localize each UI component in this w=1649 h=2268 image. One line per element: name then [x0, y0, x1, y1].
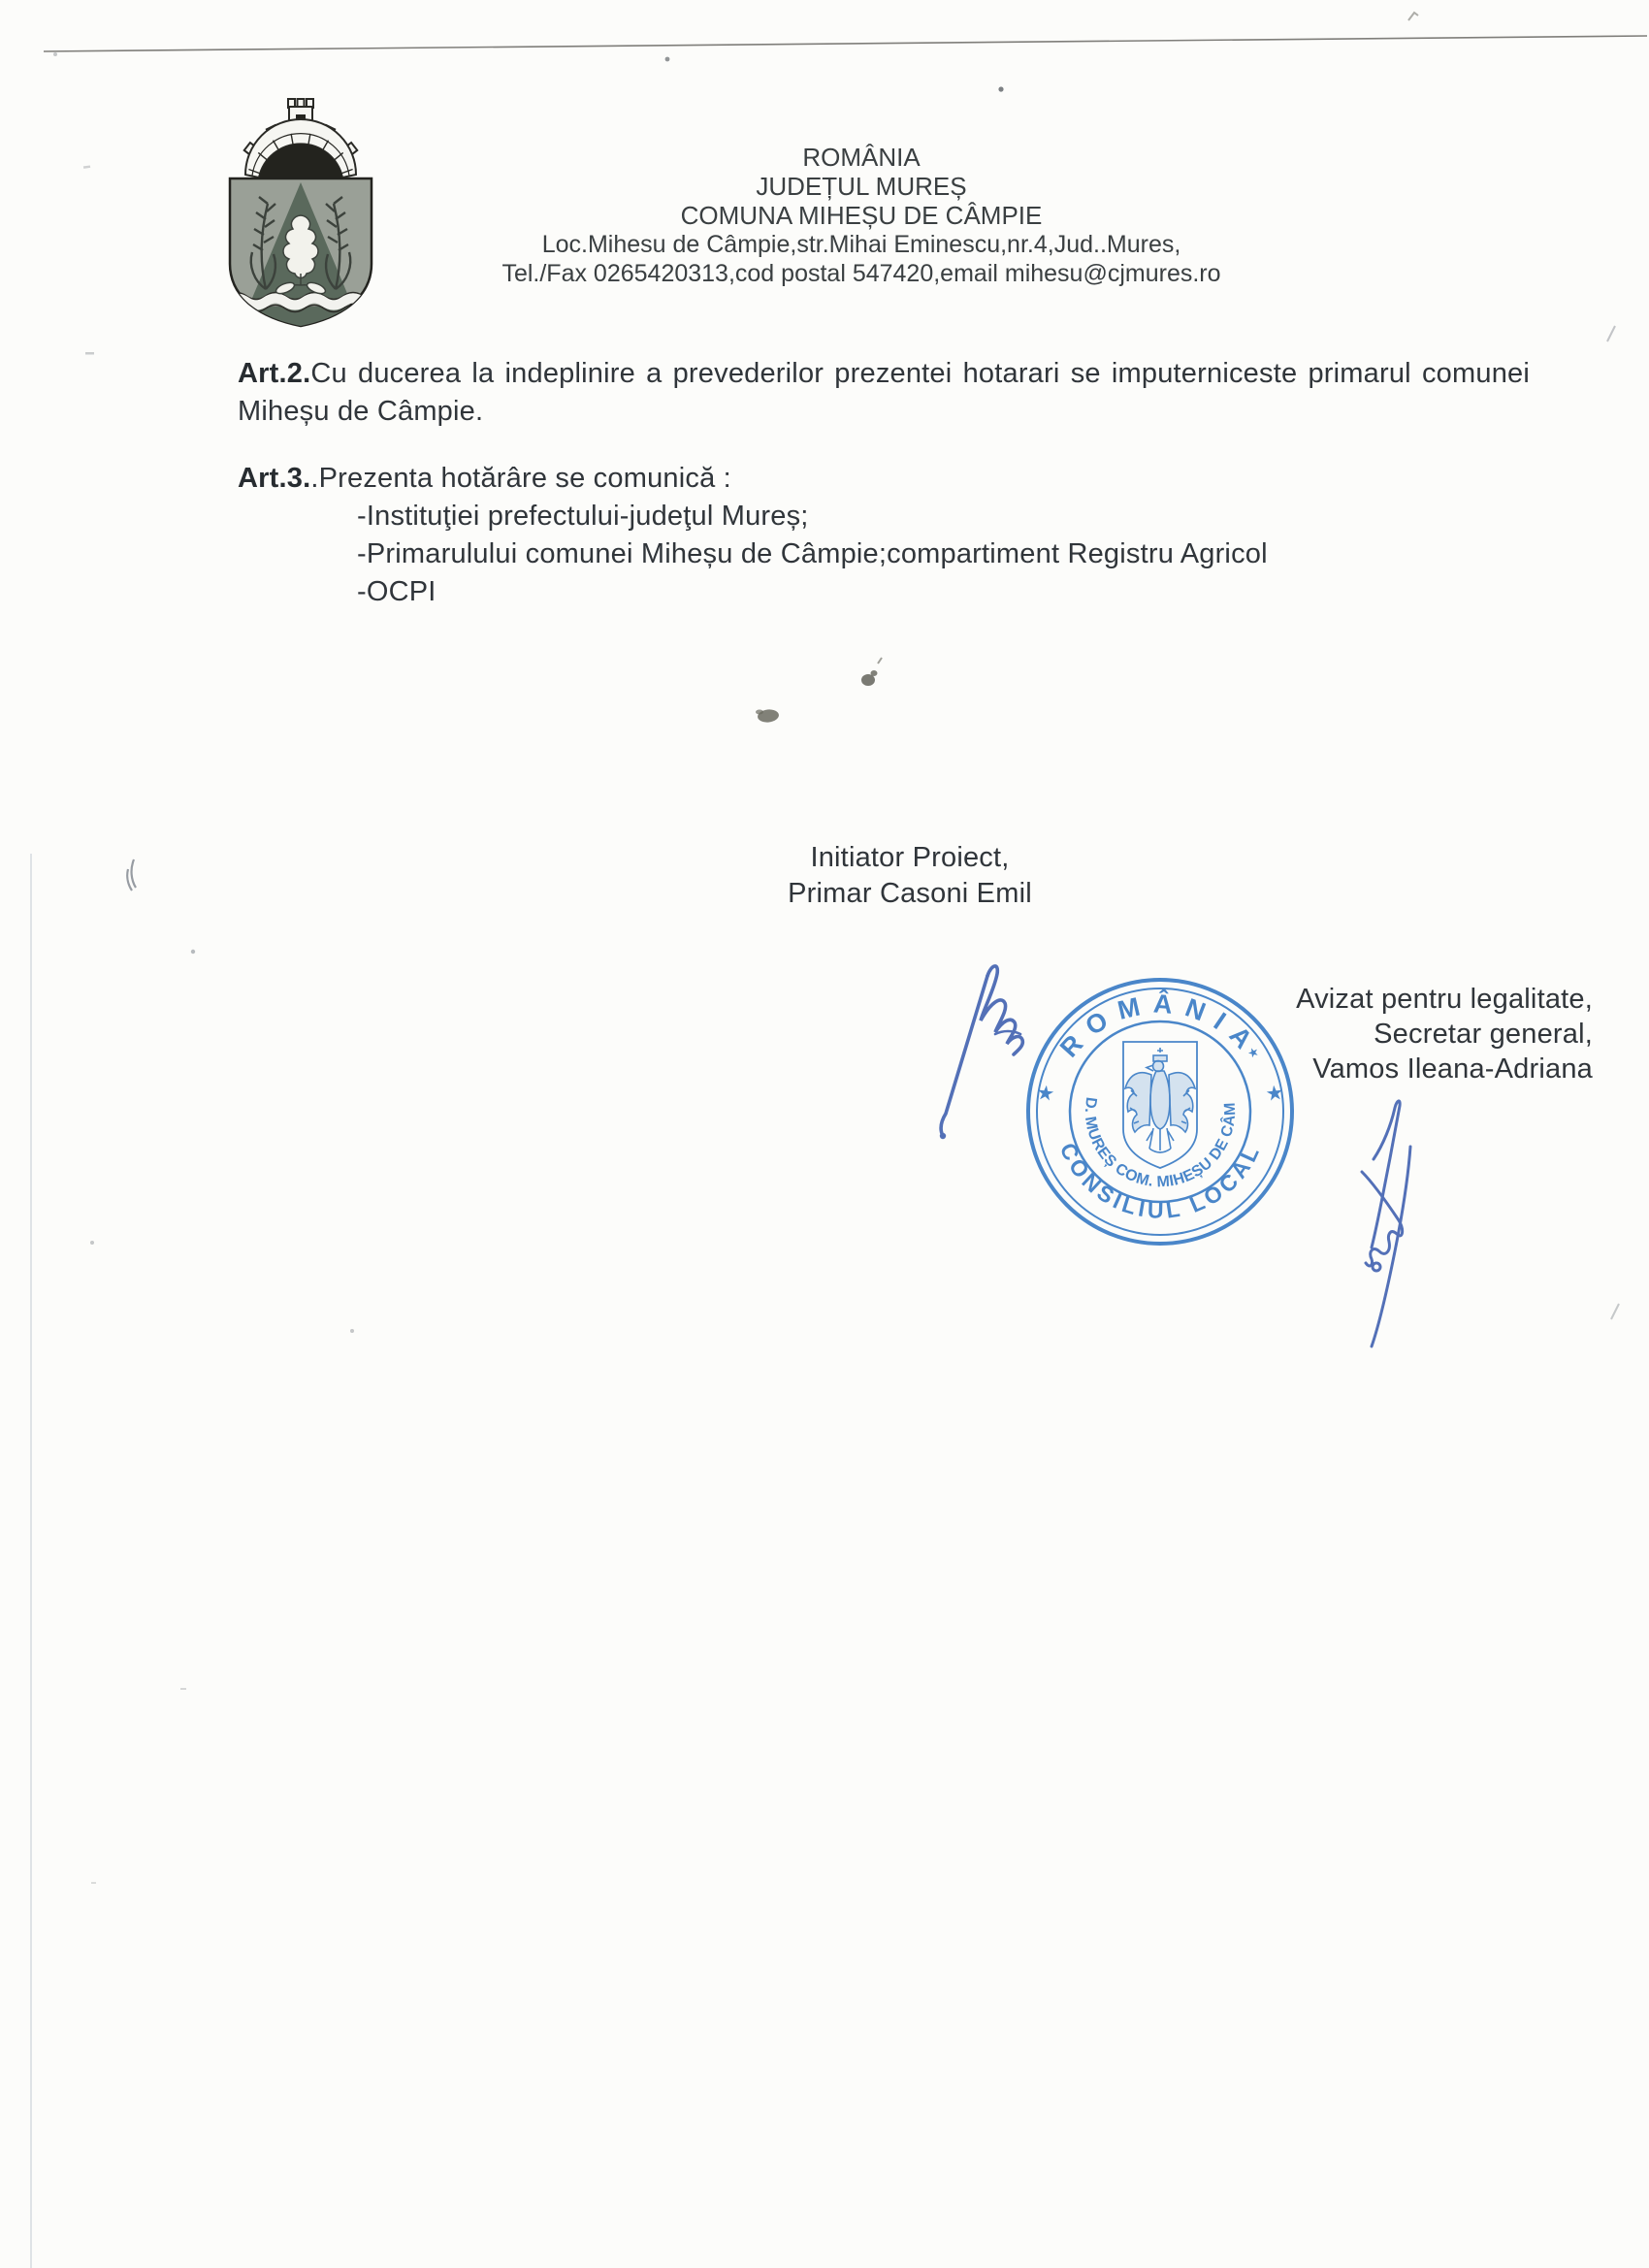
article-2-text: Cu ducerea la indeplinire a prevederilor…	[238, 358, 1530, 427]
article-3-item-primar: -Primarulului comunei Miheșu de Câmpie;c…	[357, 535, 1530, 573]
letterhead-country: ROMÂNIA	[376, 143, 1346, 172]
commune-coat-of-arms	[204, 74, 398, 336]
initiator-name: Primar Casoni Emil	[716, 876, 1104, 912]
wave-band	[227, 299, 382, 306]
initiator-title: Initiator Proiect,	[716, 840, 1104, 876]
article-3-item-ocpi: -OCPI	[357, 573, 1530, 611]
emblem-shield	[227, 178, 382, 330]
approval-role: Secretar general,	[1011, 1017, 1593, 1052]
article-2-label: Art.2.	[238, 358, 310, 389]
scanned-document-page: ROMÂNIA JUDEȚUL MUREȘ COMUNA MIHEȘU DE C…	[0, 0, 1649, 2268]
initiator-block: Initiator Proiect, Primar Casoni Emil	[716, 840, 1104, 912]
letterhead-county: JUDEȚUL MUREȘ	[376, 172, 1346, 201]
article-3-label: Art.3.	[238, 463, 310, 494]
secretar-signature	[1344, 1086, 1441, 1348]
primar-signature	[927, 949, 1053, 1143]
mural-crown-icon	[244, 99, 358, 178]
letterhead-commune: COMUNA MIHEȘU DE CÂMPIE	[376, 201, 1346, 230]
article-3-block: Art.3..Prezenta hotărâre se comunică : -…	[238, 460, 1530, 611]
letterhead-contact: Tel./Fax 0265420313,cod postal 547420,em…	[376, 259, 1346, 288]
article-3-intro: .Prezenta hotărâre se comunică :	[310, 463, 731, 494]
article-2-paragraph: Art.2.Cu ducerea la indeplinire a preved…	[238, 355, 1530, 431]
approval-title: Avizat pentru legalitate,	[1011, 982, 1593, 1017]
article-3-item-prefect: -Instituţiei prefectului-judeţul Mureș;	[357, 498, 1530, 535]
letterhead: ROMÂNIA JUDEȚUL MUREȘ COMUNA MIHEȘU DE C…	[376, 143, 1346, 288]
approval-name: Vamos Ileana-Adriana	[1011, 1052, 1593, 1086]
article-3-intro-line: Art.3..Prezenta hotărâre se comunică :	[238, 460, 1530, 498]
approval-block: Avizat pentru legalitate, Secretar gener…	[1011, 982, 1593, 1086]
letterhead-address: Loc.Mihesu de Câmpie,str.Mihai Eminescu,…	[376, 230, 1346, 259]
scan-top-edge-line	[44, 36, 1647, 51]
